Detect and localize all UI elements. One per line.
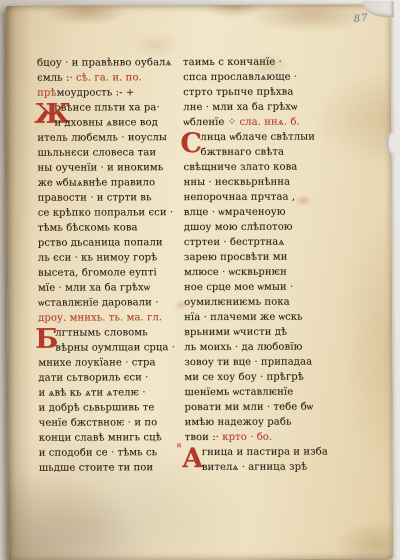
body-text: шьдше стоите ти пои [39,462,153,473]
edge-notch [386,132,394,154]
manuscript-leaf: 87 бцоу · и правѣнво оубалѧємль :· сѣ. г… [6,4,393,560]
photo-frame: 87 бцоу · и правѣнво оубалѧємль :· сѣ. г… [0,0,400,560]
text-line: нїа · плачеми же ѡскь [184,309,336,325]
text-line: шьдше стоите ти пои [39,460,191,476]
text-line: конци славѣ мнигь сцѣ [39,430,191,446]
body-text: ємль :· [37,73,76,84]
text-line: свѣщниче злато кова [183,159,335,175]
body-text: и сподоби се · тѣмь сь [39,447,157,459]
body-text: гница и пастира и изба [202,446,328,458]
text-line: спса прославлѧюще · [183,69,335,85]
body-text: ровати ми мли · тебе бѡ [185,402,314,414]
text-line: зовоу ти вце · припадаа [184,354,336,370]
text-line: высета, бгомоле еупті [38,265,190,281]
rubric-text: дроу. мнихь. ть. ма. гл. [38,312,162,324]
body-text: бцоу · и правѣнво оубалѧ [37,57,172,69]
body-text: ми се хоу боу · прѣгрѣ [184,372,304,384]
text-line: и сподоби се · тѣмь сь [39,445,191,461]
body-text: рство дьсаница попали [38,237,163,249]
text-line: рство дьсаница попали [38,235,190,251]
text-line: млюсе · ѡсквьрнѥн [184,264,336,280]
margin-mark: и [177,438,182,453]
body-text: лне · мли ха ба грѣхѡ [183,102,297,113]
body-text: лнца ѡблаче свѣтлыи [200,131,315,143]
text-line: ченїе бжствноѥ · и по [39,415,191,431]
body-text: мїе · мли ха ба грѣхѡ [38,282,150,293]
text-line: дроу. мнихь. ть. ма. гл. [38,310,190,326]
text-line: же ѡбыѧвнѣе правило [38,175,190,191]
body-text: стрто трьпче прѣхва [183,87,293,98]
body-text: непорочнаа прчтаа , [184,192,296,203]
text-line: се крѣпко попральи єси · [38,205,190,221]
text-line: Блгтнымь словомь [38,325,190,341]
body-text: врьними ѡчисти дѣ [184,327,287,338]
text-line: правости · и стрти вь [38,190,190,206]
text-line: бжтвнаго свѣта [183,144,335,160]
body-text: вѣрны оумлщаи срца · [55,342,175,354]
body-text: дати сьтвориль єси · [38,372,148,383]
text-line: ємль :· сѣ. га. и. по. [37,70,189,86]
text-line: твои :· крто · бо. [185,429,337,445]
text-line: зарею просвѣти ми [184,249,336,265]
body-text: спса прославлѧюще · [183,72,297,83]
rubric-text: сла. ннѧ. б. [239,117,299,128]
body-text: влце · ѡмраченоую [184,207,286,218]
text-line: и добрѣ сьвьршивь те [39,400,191,416]
body-text: нны · несквьрнѣнна [184,177,291,188]
text-line: дати сьтвориль єси · [38,370,190,386]
text-line: Слнца ѡблаче свѣтлыи [183,129,335,145]
text-line: ль моихь · да любовїю [184,339,336,355]
body-text: оумилѥниѥмь пока [184,297,290,308]
column-right: таимь с кончанїе ·спса прославлѧюще ·стр… [183,54,337,475]
text-line: имѣю надежоу рабь [185,414,337,430]
body-text: ное срце мое ѡмыи · [184,282,293,293]
body-text: млюсе · ѡсквьрнѥн [184,267,287,278]
body-text: зарею просвѣти ми [184,252,288,263]
body-text: и ѧвѣ кь ѧти ѧтелѥ · [38,387,145,398]
body-text: ны оученїи · и инокимь [37,162,163,174]
body-text: правости · и стрти вь [38,192,152,203]
text-line: шенїемь ѡставлѥнїе [184,384,336,400]
body-text: се крѣпко попральи єси · [38,207,174,219]
body-text: свѣщниче злато кова [183,162,297,173]
body-text: ѡставлѥнїе даровали · [38,297,158,309]
text-line: и дховны ѧвисе вод [37,115,189,131]
body-text: твои :· [185,432,223,443]
text-line: дшоу мою слѣпотою [184,219,336,235]
text-line: Жрвѣисе пльти ха ра· [37,100,189,116]
text-line: вѣрны оумлщаи срца · [38,340,190,356]
body-text: и дховны ѧвисе вод [54,117,158,128]
text-line: оумилѥниѥмь пока [184,294,336,310]
text-line: итель любємль · иоуслы [37,130,189,146]
body-text: дшоу мою слѣпотою [184,222,293,233]
body-text: ѡбленїе ⁘ [183,117,239,128]
body-text: стртеи · бестртнаѧ [184,237,285,248]
body-text: итель любємль · иоуслы [37,132,167,144]
text-line: Аигница и пастира и изба [185,444,337,460]
text-line: стртеи · бестртнаѧ [184,234,336,250]
body-text: мнихе лоукїане · стра [38,357,155,369]
text-line: ны оученїи · и инокимь [37,160,189,176]
body-text: бжтвнаго свѣта [200,147,284,158]
body-text: моудрость :- + [57,87,135,98]
body-text: нїа · плачеми же ѡскь [184,312,303,324]
text-line: лне · мли ха ба грѣхѡ [183,99,335,115]
rubric-text: прѣ [37,88,56,99]
body-text: вителѧ · агница зрѣ [202,462,307,473]
folio-number: 87 [353,13,369,26]
text-line: ль єси · кь нимоу горѣ [38,250,190,266]
text-line: тѣмь бѣскомь кова [38,220,190,236]
text-line: шьльнєси словеса таи [37,145,189,161]
body-text: тѣмь бѣскомь кова [38,222,138,233]
rubric-text: крто · бо. [222,432,272,443]
text-line: врьними ѡчисти дѣ [184,324,336,340]
column-left: бцоу · и правѣнво оубалѧємль :· сѣ. га. … [37,55,191,476]
body-text: зовоу ти вце · припадаа [184,357,312,369]
text-line: ровати ми мли · тебе бѡ [185,399,337,415]
body-text: таимь с кончанїе · [183,57,282,68]
body-text: ченїе бжствноѥ · и по [39,417,158,429]
body-text: лгтнымь словомь [55,327,148,338]
body-text: шьльнєси словеса таи [37,147,156,159]
body-text: и добрѣ сьвьршивь те [39,402,155,414]
body-text: ль моихь · да любовїю [184,342,302,354]
text-line: ѡбленїе ⁘ сла. ннѧ. б. [183,114,335,130]
text-line: нны · несквьрнѣнна [184,174,336,190]
text-line: влце · ѡмраченоую [184,204,336,220]
text-line: вителѧ · агница зрѣ [185,459,337,475]
body-text: шенїемь ѡставлѥнїе [184,387,293,398]
text-line: таимь с кончанїе · [183,54,335,70]
text-line: непорочнаа прчтаа , [184,189,336,205]
text-line: ми се хоу боу · прѣгрѣ [184,369,336,385]
text-line: ное срце мое ѡмыи · [184,279,336,295]
text-line: ѡставлѥнїе даровали · [38,295,190,311]
body-text: высета, бгомоле еупті [38,267,157,279]
text-line: мїе · мли ха ба грѣхѡ [38,280,190,296]
body-text: же ѡбыѧвнѣе правило [38,177,156,189]
text-line: стрто трьпче прѣхва [183,84,335,100]
body-text: конци славѣ мнигь сцѣ [39,432,162,444]
text-line: мнихе лоукїане · стра [38,355,190,371]
rubric-text: сѣ. га. и. по. [76,72,142,83]
text-line: и ѧвѣ кь ѧти ѧтелѥ · [38,385,190,401]
text-line: бцоу · и правѣнво оубалѧ [37,55,189,71]
body-text: имѣю надежоу рабь [185,417,292,428]
body-text: ль єси · кь нимоу горѣ [38,252,157,264]
